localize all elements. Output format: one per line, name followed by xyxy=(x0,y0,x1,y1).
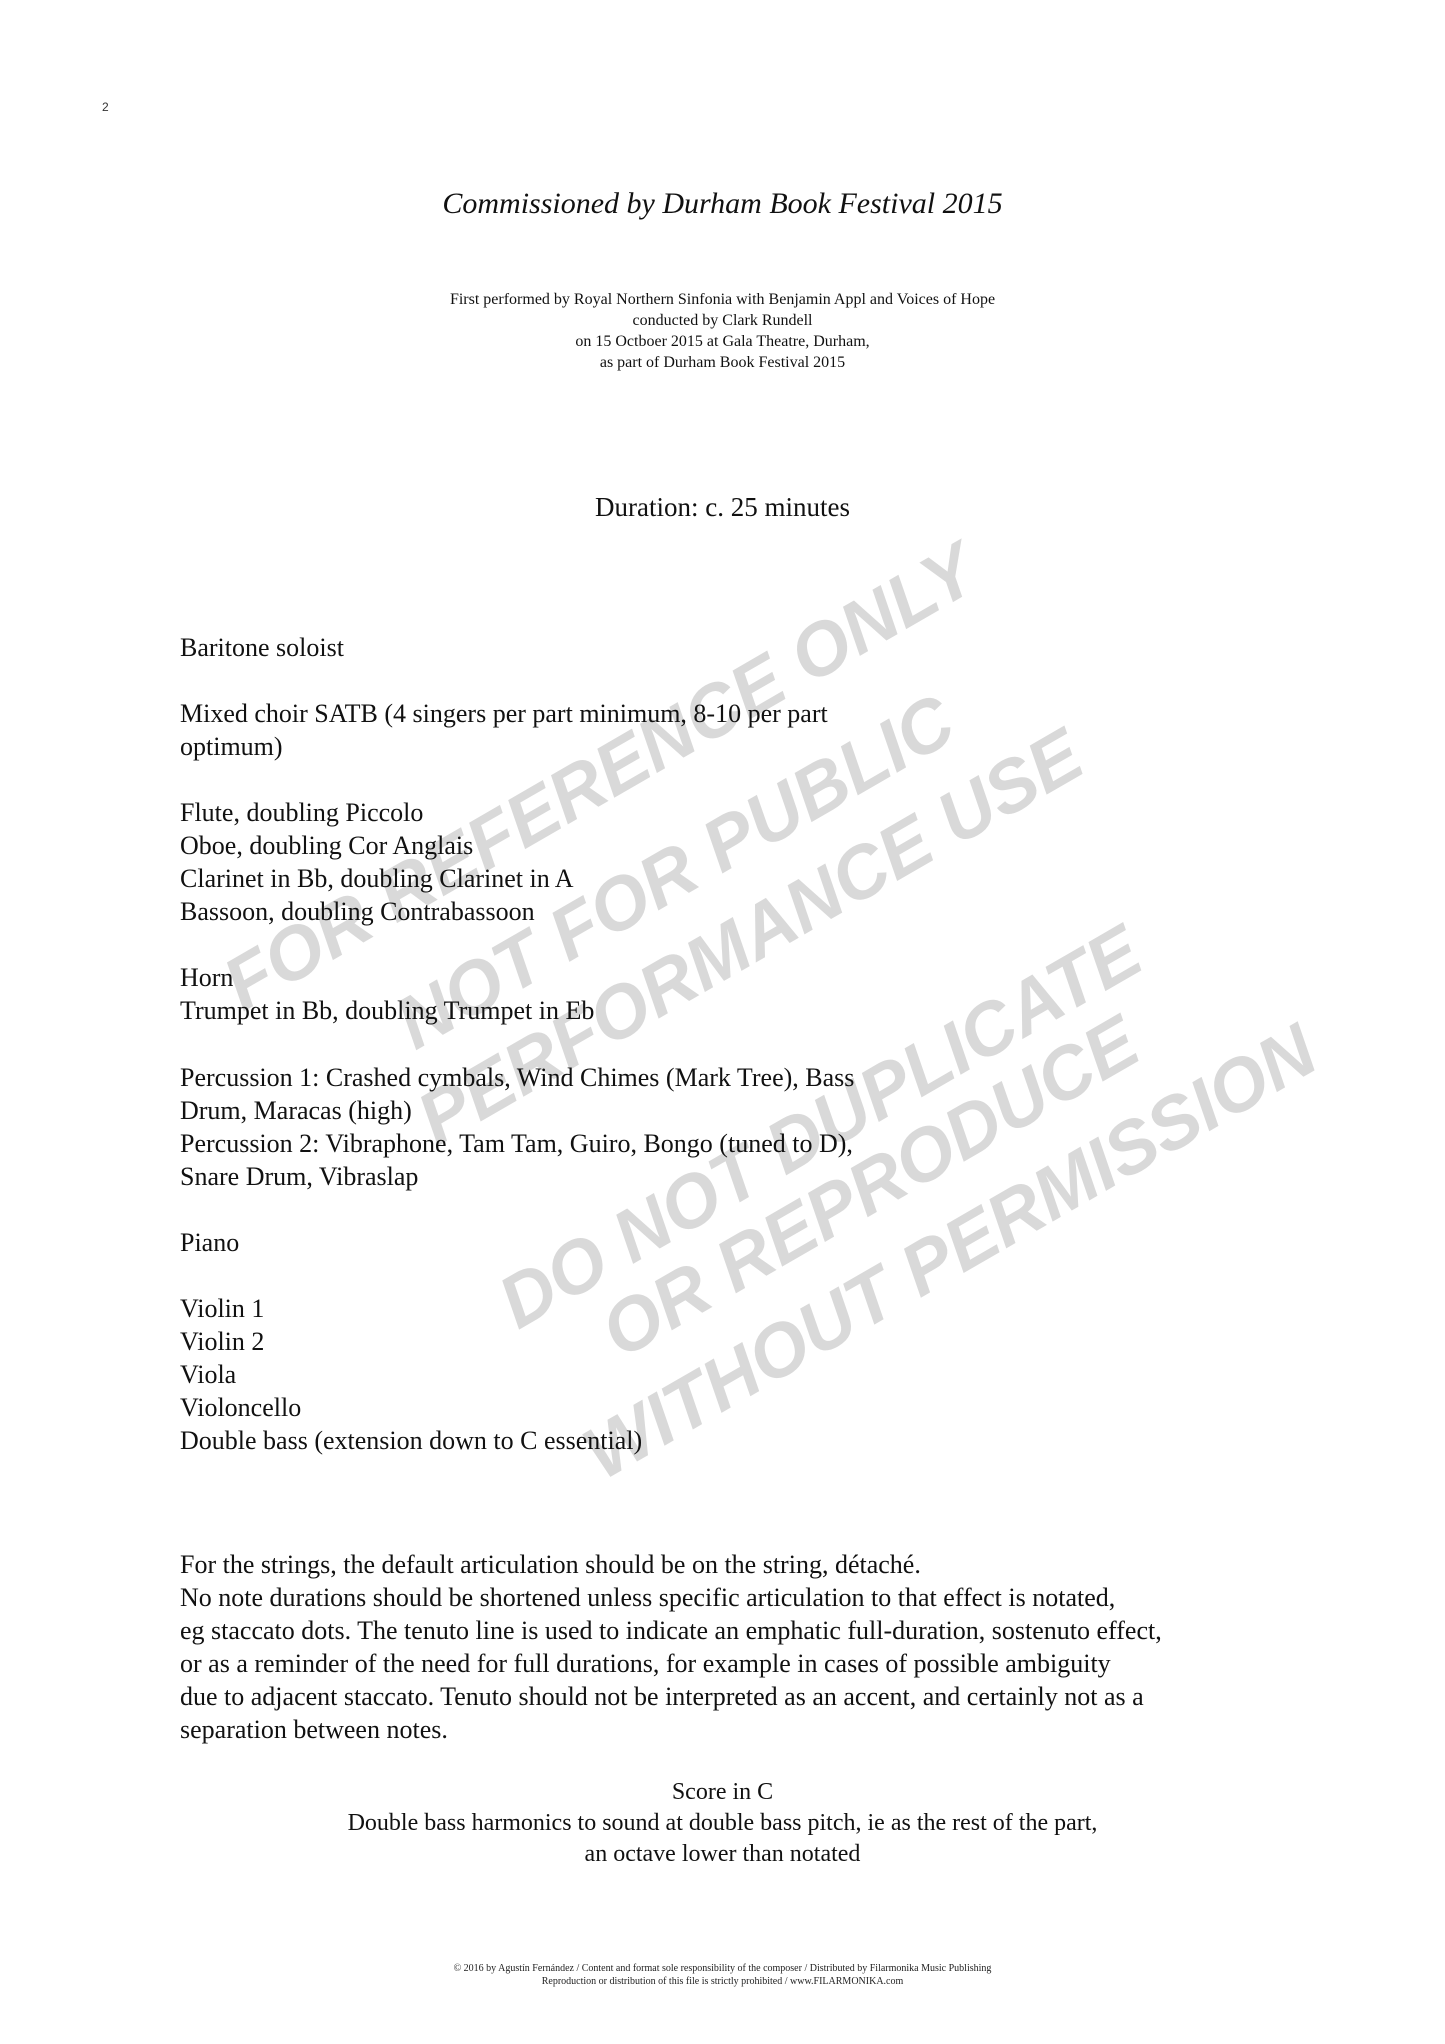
score-notes: Score in C Double bass harmonics to soun… xyxy=(0,1777,1445,1870)
instrument-choir: Mixed choir SATB (4 singers per part min… xyxy=(180,697,828,763)
instrument-percussion: Percussion 1: Crashed cymbals, Wind Chim… xyxy=(180,1061,854,1193)
page-number: 2 xyxy=(102,100,109,114)
instrument-line: Horn xyxy=(180,961,594,994)
instrument-line: Viola xyxy=(180,1358,642,1391)
instrument-soloist: Baritone soloist xyxy=(180,631,344,664)
note-line: No note durations should be shortened un… xyxy=(180,1581,1330,1614)
premiere-line: as part of Durham Book Festival 2015 xyxy=(0,352,1445,373)
instrument-woodwinds: Flute, doubling Piccolo Oboe, doubling C… xyxy=(180,796,574,928)
instrument-line: Snare Drum, Vibraslap xyxy=(180,1160,854,1193)
instrument-line: Percussion 2: Vibraphone, Tam Tam, Guiro… xyxy=(180,1127,854,1160)
instrument-strings: Violin 1 Violin 2 Viola Violoncello Doub… xyxy=(180,1292,642,1457)
footer-line: Reproduction or distribution of this fil… xyxy=(0,1975,1445,1988)
note-line: For the strings, the default articulatio… xyxy=(180,1548,1330,1581)
instrument-line: Double bass (extension down to C essenti… xyxy=(180,1424,642,1457)
premiere-line: First performed by Royal Northern Sinfon… xyxy=(0,289,1445,310)
instrument-line: Violin 1 xyxy=(180,1292,642,1325)
instrument-line: optimum) xyxy=(180,730,828,763)
instrument-line: Drum, Maracas (high) xyxy=(180,1094,854,1127)
duration: Duration: c. 25 minutes xyxy=(0,492,1445,523)
instrument-line: Percussion 1: Crashed cymbals, Wind Chim… xyxy=(180,1061,854,1094)
performance-notes: For the strings, the default articulatio… xyxy=(180,1548,1330,1746)
premiere-line: on 15 Octboer 2015 at Gala Theatre, Durh… xyxy=(0,331,1445,352)
note-line: or as a reminder of the need for full du… xyxy=(180,1647,1330,1680)
instrument-brass: Horn Trumpet in Bb, doubling Trumpet in … xyxy=(180,961,594,1027)
instrument-line: Bassoon, doubling Contrabassoon xyxy=(180,895,574,928)
commission-heading: Commissioned by Durham Book Festival 201… xyxy=(0,187,1445,221)
note-line: eg staccato dots. The tenuto line is use… xyxy=(180,1614,1330,1647)
premiere-info: First performed by Royal Northern Sinfon… xyxy=(0,289,1445,373)
instrument-line: Oboe, doubling Cor Anglais xyxy=(180,829,574,862)
premiere-line: conducted by Clark Rundell xyxy=(0,310,1445,331)
instrument-line: Flute, doubling Piccolo xyxy=(180,796,574,829)
score-note-line: an octave lower than notated xyxy=(0,1839,1445,1870)
instrument-line: Violoncello xyxy=(180,1391,642,1424)
instrument-line: Violin 2 xyxy=(180,1325,642,1358)
instrument-line: Trumpet in Bb, doubling Trumpet in Eb xyxy=(180,994,594,1027)
copyright-footer: © 2016 by Agustín Fernández / Content an… xyxy=(0,1962,1445,1988)
instrument-piano: Piano xyxy=(180,1226,239,1259)
note-line: separation between notes. xyxy=(180,1713,1330,1746)
instrument-line: Mixed choir SATB (4 singers per part min… xyxy=(180,697,828,730)
footer-line: © 2016 by Agustín Fernández / Content an… xyxy=(0,1962,1445,1975)
score-note-line: Score in C xyxy=(0,1777,1445,1808)
score-note-line: Double bass harmonics to sound at double… xyxy=(0,1808,1445,1839)
note-line: due to adjacent staccato. Tenuto should … xyxy=(180,1680,1330,1713)
instrument-line: Clarinet in Bb, doubling Clarinet in A xyxy=(180,862,574,895)
watermark-line: FOR REFERENCE ONLY xyxy=(192,520,1008,1034)
